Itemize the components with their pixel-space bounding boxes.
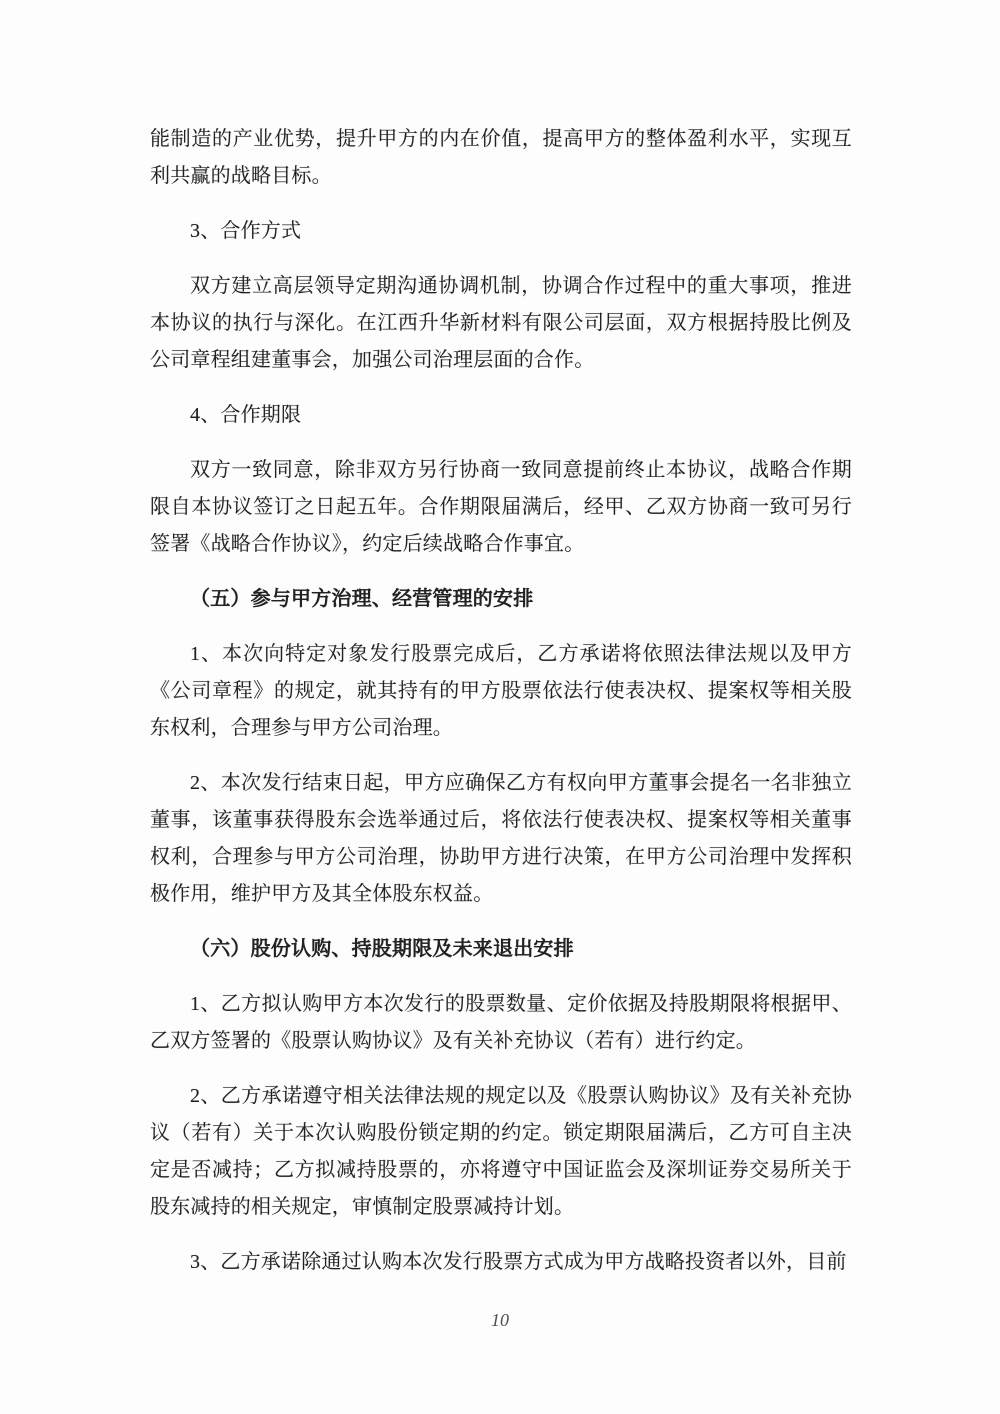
paragraph-subscription-agreement: 1、乙方拟认购甲方本次发行的股票数量、定价依据及持股期限将根据甲、乙双方签署的《… [150, 986, 852, 1060]
paragraph-cooperation-term-detail: 双方一致同意，除非双方另行协商一致同意提前终止本协议，战略合作期限自本协议签订之… [150, 452, 852, 563]
subheading-cooperation-method: 3、合作方式 [150, 213, 852, 250]
section-heading-share-subscription: （六）股份认购、持股期限及未来退出安排 [150, 931, 852, 968]
section-heading-governance-arrangement: （五）参与甲方治理、经营管理的安排 [150, 581, 852, 618]
document-page: 能制造的产业优势，提升甲方的内在价值，提高甲方的整体盈利水平，实现互利共赢的战略… [0, 0, 1000, 1414]
paragraph-shareholder-rights: 1、本次向特定对象发行股票完成后，乙方承诺将依照法律法规以及甲方《公司章程》的规… [150, 636, 852, 747]
subheading-cooperation-term: 4、合作期限 [150, 397, 852, 434]
paragraph-strategic-goal-continuation: 能制造的产业优势，提升甲方的内在价值，提高甲方的整体盈利水平，实现互利共赢的战略… [150, 121, 852, 195]
document-content: 能制造的产业优势，提升甲方的内在价值，提高甲方的整体盈利水平，实现互利共赢的战略… [150, 121, 852, 1281]
paragraph-director-nomination: 2、本次发行结束日起，甲方应确保乙方有权向甲方董事会提名一名非独立董事，该董事获… [150, 765, 852, 913]
paragraph-cooperation-mechanism: 双方建立高层领导定期沟通协调机制，协调合作过程中的重大事项，推进本协议的执行与深… [150, 268, 852, 379]
paragraph-lockup-period: 2、乙方承诺遵守相关法律法规的规定以及《股票认购协议》及有关补充协议（若有）关于… [150, 1078, 852, 1226]
page-number: 10 [0, 1306, 1000, 1334]
paragraph-strategic-investor-commitment: 3、乙方承诺除通过认购本次发行股票方式成为甲方战略投资者以外，目前 [150, 1244, 852, 1281]
